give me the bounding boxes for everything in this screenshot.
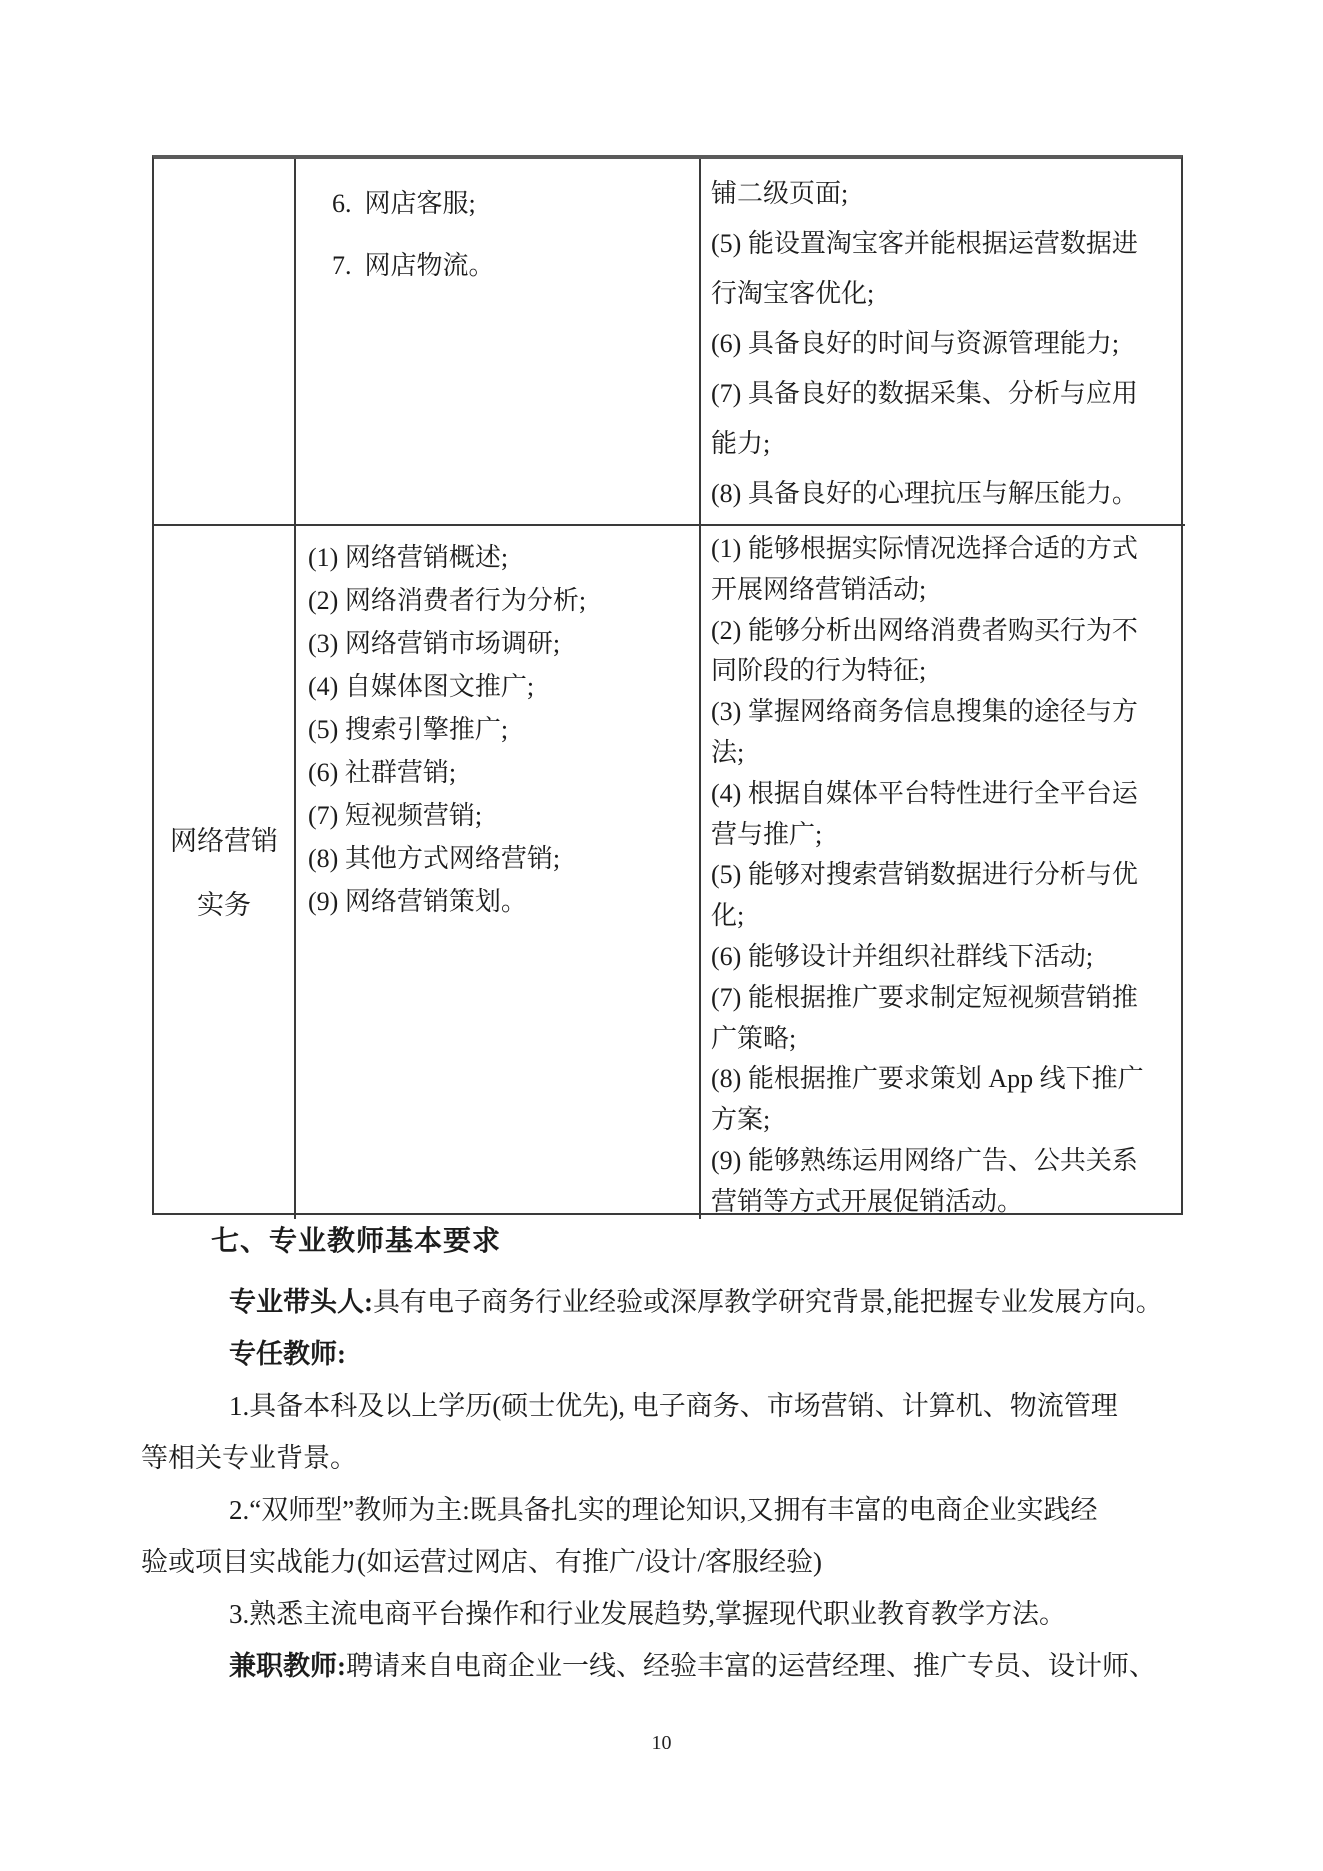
inline-text: 等相关专业背景。 [141,1443,357,1473]
table-line: (7) 短视频营销; [308,794,699,837]
table-line: 6. 网店客服; [332,173,699,235]
table-line: (5) 能设置淘宝客并能根据运营数据进 [711,219,1181,269]
table-line: 能力; [711,419,1181,469]
inline-text: 1.具备本科及以上学历(硕士优先), 电子商务、市场营销、计算机、物流管理 [229,1391,1118,1421]
table-line: 广策略; [711,1019,1181,1060]
table-line: (4) 根据自媒体平台特性进行全平台运 [711,774,1181,815]
inline-text: 3.熟悉主流电商平台操作和行业发展趋势,掌握现代职业教育教学方法。 [229,1599,1066,1629]
inline-text: 验或项目实战能力(如运营过网店、有推广/设计/客服经验) [141,1547,822,1577]
table-line: (5) 搜索引擎推广; [308,708,699,751]
table-line: 开展网络营销活动; [711,570,1181,611]
inline-label: 兼职教师: [229,1651,346,1681]
cell-course-name-row2: 网络营销 实务 [154,524,294,1219]
table-line: (1) 能够根据实际情况选择合适的方式 [711,529,1181,570]
table-line: (3) 网络营销市场调研; [308,622,699,665]
page-number: 10 [0,1732,1323,1755]
table-line: (9) 网络营销策划。 [308,880,699,923]
table-line: 营销等方式开展促销活动。 [711,1182,1181,1219]
inline-label: 专任教师: [229,1339,346,1369]
cell-teaching-content-row1: 6. 网店客服; 7. 网店物流。 [294,159,699,524]
table-line: (6) 具备良好的时间与资源管理能力; [711,319,1181,369]
cell-teaching-content-row2: (1) 网络营销概述; (2) 网络消费者行为分析; (3) 网络营销市场调研;… [294,524,699,1219]
table-line: (7) 能根据推广要求制定短视频营销推 [711,978,1181,1019]
text-line: 验或项目实战能力(如运营过网店、有推广/设计/客服经验) [141,1536,1183,1588]
table-line: (1) 网络营销概述; [308,536,699,579]
cell-course-name-row1 [154,159,294,524]
text-line: 2.“双师型”教师为主:既具备扎实的理论知识,又拥有丰富的电商企业实践经 [141,1484,1183,1536]
inline-text: 2.“双师型”教师为主:既具备扎实的理论知识,又拥有丰富的电商企业实践经 [229,1495,1097,1525]
table-line: (8) 能根据推广要求策划 App 线下推广 [711,1059,1181,1100]
table-line: (8) 具备良好的心理抗压与解压能力。 [711,469,1181,519]
text-line: 等相关专业背景。 [141,1432,1183,1484]
table-line: 铺二级页面; [711,169,1181,219]
inline-label: 专业带头人: [229,1287,373,1317]
table-line: (4) 自媒体图文推广; [308,665,699,708]
teacher-requirements-section: 七、专业教师基本要求 专业带头人:具有电子商务行业经验或深厚教学研究背景,能把握… [141,1216,1183,1692]
table-line: 行淘宝客优化; [711,269,1181,319]
table-line: (6) 能够设计并组织社群线下活动; [711,937,1181,978]
table-line: (2) 网络消费者行为分析; [308,579,699,622]
table-line: (6) 社群营销; [308,751,699,794]
text-line: 1.具备本科及以上学历(硕士优先), 电子商务、市场营销、计算机、物流管理 [141,1380,1183,1432]
text-line: 3.熟悉主流电商平台操作和行业发展趋势,掌握现代职业教育教学方法。 [141,1588,1183,1640]
cell-skill-requirements-row2: (1) 能够根据实际情况选择合适的方式 开展网络营销活动; (2) 能够分析出网… [699,524,1185,1219]
table-line: (7) 具备良好的数据采集、分析与应用 [711,369,1181,419]
course-name-line: 实务 [197,873,251,937]
course-name-line: 网络营销 [170,809,278,873]
section-heading: 七、专业教师基本要求 [141,1216,1183,1268]
table-line: 同阶段的行为特征; [711,651,1181,692]
table-line: (3) 掌握网络商务信息搜集的途径与方 [711,692,1181,733]
table-line: (9) 能够熟练运用网络广告、公共关系 [711,1141,1181,1182]
table-line: 方案; [711,1100,1181,1141]
table-line: (8) 其他方式网络营销; [308,837,699,880]
table-line: (5) 能够对搜索营销数据进行分析与优 [711,855,1181,896]
cell-skill-requirements-row1: 铺二级页面; (5) 能设置淘宝客并能根据运营数据进 行淘宝客优化; (6) 具… [699,159,1185,524]
text-line: 兼职教师:聘请来自电商企业一线、经验丰富的运营经理、推广专员、设计师、 [141,1640,1183,1692]
document-page: 6. 网店客服; 7. 网店物流。 铺二级页面; (5) 能设置淘宝客并能根据运… [0,0,1323,1871]
text-line: 专任教师: [141,1328,1183,1380]
table-line: 法; [711,733,1181,774]
inline-text: 具有电子商务行业经验或深厚教学研究背景,能把握专业发展方向。 [373,1287,1163,1317]
text-line: 专业带头人:具有电子商务行业经验或深厚教学研究背景,能把握专业发展方向。 [141,1276,1183,1328]
table-line: 7. 网店物流。 [332,235,699,297]
table-line: 营与推广; [711,815,1181,856]
inline-text: 聘请来自电商企业一线、经验丰富的运营经理、推广专员、设计师、 [346,1651,1156,1681]
table-line: 化; [711,896,1181,937]
table-line: (2) 能够分析出网络消费者购买行为不 [711,611,1181,652]
course-table: 6. 网店客服; 7. 网店物流。 铺二级页面; (5) 能设置淘宝客并能根据运… [152,155,1183,1215]
